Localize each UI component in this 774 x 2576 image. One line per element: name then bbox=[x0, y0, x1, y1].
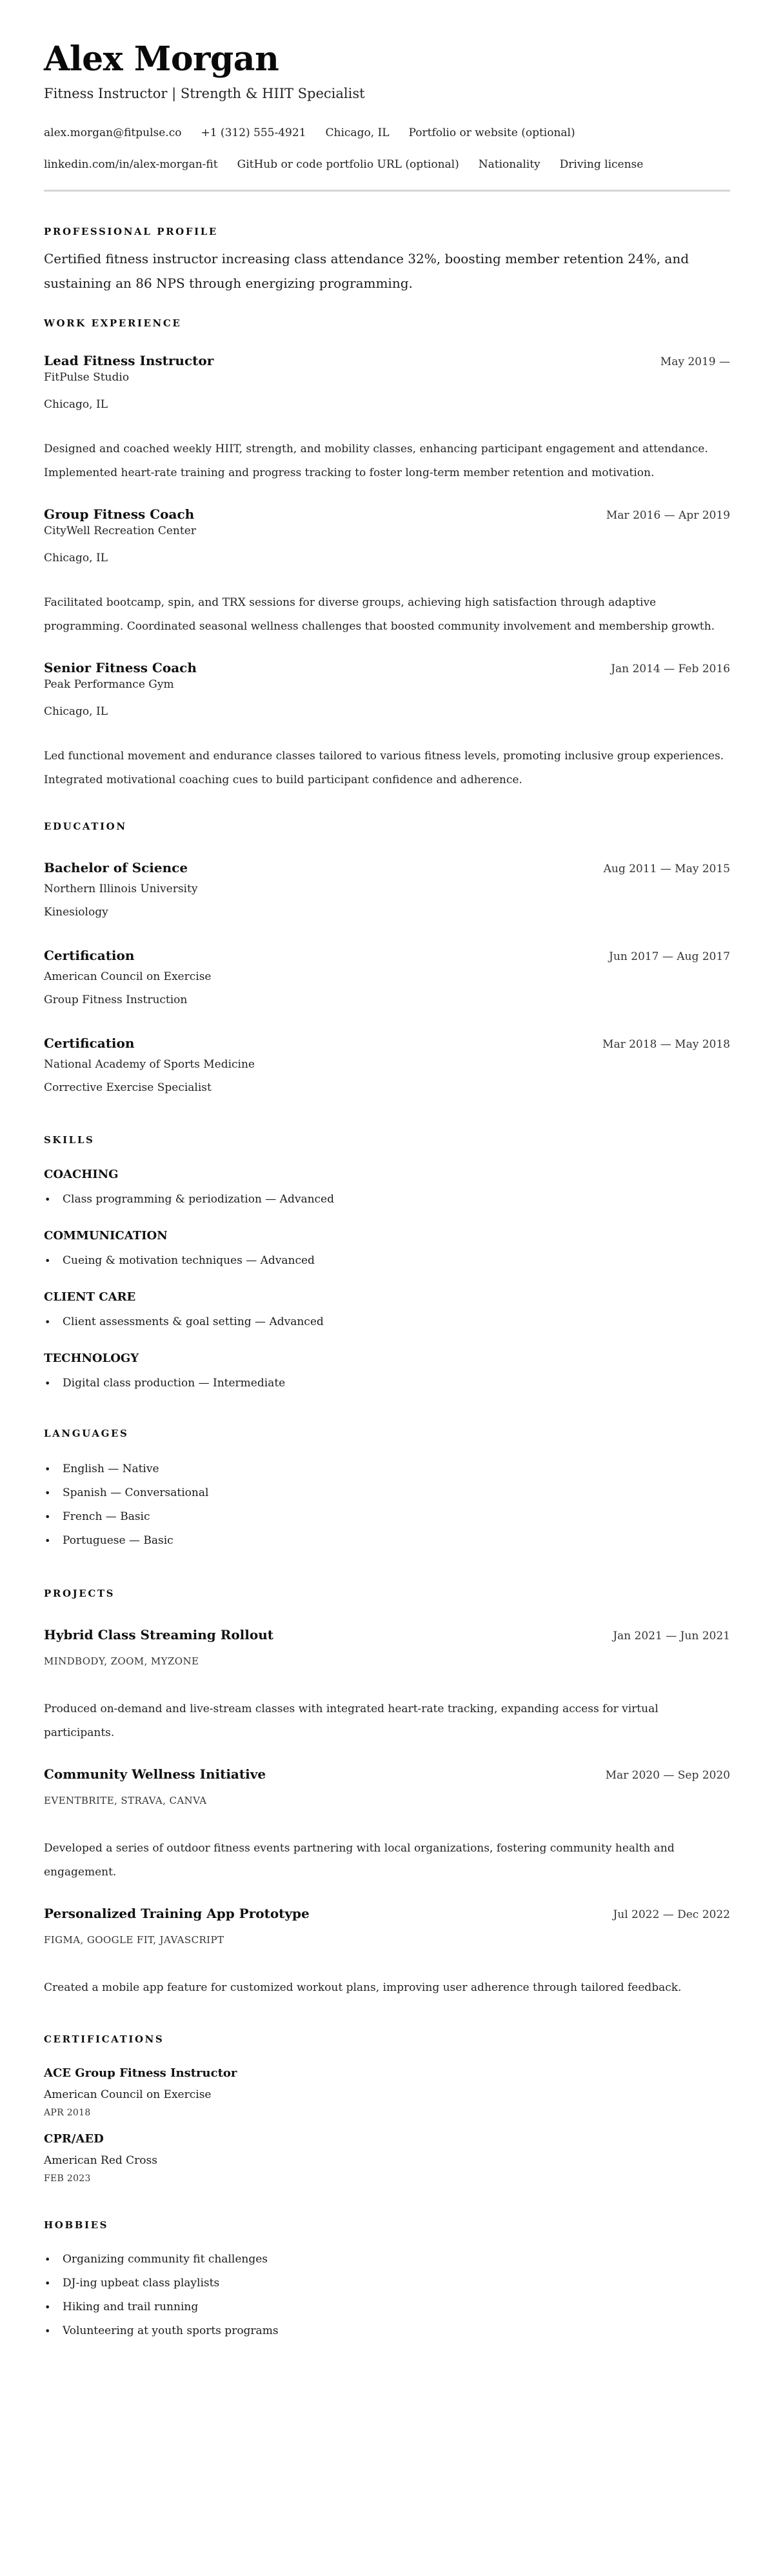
hobby-item: DJ-ing upbeat class playlists bbox=[44, 2271, 730, 2295]
contact-driving-license: Driving license bbox=[560, 149, 644, 181]
section-hobbies: Hobbies Organizing community fit challen… bbox=[44, 2218, 730, 2343]
section-title: Work Experience bbox=[44, 316, 730, 330]
skill-item: Class programming & periodization — Adva… bbox=[44, 1188, 730, 1212]
certification-issuer: American Red Cross bbox=[44, 2150, 730, 2172]
project-name: Personalized Training App Prototype bbox=[44, 1904, 310, 1923]
hobby-item: Volunteering at youth sports programs bbox=[44, 2319, 730, 2343]
education-entry: Certification Jun 2017 — Aug 2017 Americ… bbox=[44, 946, 730, 1012]
job-dates: Mar 2016 — Apr 2019 bbox=[606, 506, 730, 525]
education-dates: Aug 2011 — May 2015 bbox=[604, 859, 730, 879]
project-dates: Jan 2021 — Jun 2021 bbox=[613, 1626, 730, 1646]
certification-name: CPR/AED bbox=[44, 2130, 730, 2148]
language-item: Spanish — Conversational bbox=[44, 1481, 730, 1505]
project-name: Hybrid Class Streaming Rollout bbox=[44, 1625, 273, 1644]
institution-name: National Academy of Sports Medicine bbox=[44, 1053, 730, 1076]
section-title: Languages bbox=[44, 1426, 730, 1441]
skill-item: Client assessments & goal setting — Adva… bbox=[44, 1310, 730, 1334]
project-tech-stack: EVENTBRITE, STRAVA, CANVA bbox=[44, 1793, 730, 1808]
job-description: Designed and coached weekly HIIT, streng… bbox=[44, 437, 730, 485]
institution-name: American Council on Exercise bbox=[44, 965, 730, 988]
project-entry: Hybrid Class Streaming Rollout Jan 2021 … bbox=[44, 1625, 730, 1745]
section-title: Education bbox=[44, 819, 730, 834]
certification-entry: CPR/AED American Red Cross FEB 2023 bbox=[44, 2130, 730, 2186]
candidate-name: Alex Morgan bbox=[44, 37, 730, 81]
job-dates: May 2019 — bbox=[660, 352, 730, 372]
job-location: Chicago, IL bbox=[44, 548, 730, 568]
section-title: Certifications bbox=[44, 2032, 730, 2046]
project-dates: Jul 2022 — Dec 2022 bbox=[613, 1905, 730, 1924]
section-education: Education Bachelor of Science Aug 2011 —… bbox=[44, 819, 730, 1099]
certification-issuer: American Council on Exercise bbox=[44, 2084, 730, 2106]
section-profile: Professional Profile Certified fitness i… bbox=[44, 225, 730, 295]
skill-group: COACHING Class programming & periodizati… bbox=[44, 1166, 730, 1212]
institution-name: Northern Illinois University bbox=[44, 877, 730, 901]
candidate-headline: Fitness Instructor | Strength & HIIT Spe… bbox=[44, 84, 730, 103]
skill-group: COMMUNICATION Cueing & motivation techni… bbox=[44, 1228, 730, 1273]
field-of-study: Corrective Exercise Specialist bbox=[44, 1076, 730, 1099]
section-work-experience: Work Experience Lead Fitness Instructor … bbox=[44, 316, 730, 792]
section-title: Hobbies bbox=[44, 2218, 730, 2232]
contact-email[interactable]: alex.morgan@fitpulse.co bbox=[44, 117, 181, 149]
degree-title: Certification bbox=[44, 946, 134, 965]
job-company: FitPulse Studio bbox=[44, 368, 730, 387]
certification-date: APR 2018 bbox=[44, 2106, 730, 2120]
project-entry: Personalized Training App Prototype Jul … bbox=[44, 1904, 730, 2000]
hobby-item: Hiking and trail running bbox=[44, 2295, 730, 2319]
project-entry: Community Wellness Initiative Mar 2020 —… bbox=[44, 1764, 730, 1884]
certification-name: ACE Group Fitness Instructor bbox=[44, 2064, 730, 2082]
project-description: Created a mobile app feature for customi… bbox=[44, 1976, 730, 2000]
section-title: Skills bbox=[44, 1133, 730, 1147]
project-tech-stack: MINDBODY, ZOOM, MYZONE bbox=[44, 1653, 730, 1669]
language-item: English — Native bbox=[44, 1457, 730, 1481]
job-dates: Jan 2014 — Feb 2016 bbox=[611, 659, 730, 679]
resume-header: Alex Morgan Fitness Instructor | Strengt… bbox=[44, 37, 730, 192]
certification-date: FEB 2023 bbox=[44, 2172, 730, 2186]
contact-github[interactable]: GitHub or code portfolio URL (optional) bbox=[237, 149, 459, 181]
skill-group: CLIENT CARE Client assessments & goal se… bbox=[44, 1289, 730, 1334]
hobby-item: Organizing community fit challenges bbox=[44, 2248, 730, 2271]
language-item: French — Basic bbox=[44, 1505, 730, 1529]
section-title: Professional Profile bbox=[44, 225, 730, 239]
language-item: Portuguese — Basic bbox=[44, 1529, 730, 1553]
profile-summary: Certified fitness instructor increasing … bbox=[44, 246, 730, 295]
skill-category: COMMUNICATION bbox=[44, 1228, 730, 1244]
job-location: Chicago, IL bbox=[44, 702, 730, 721]
contact-location: Chicago, IL bbox=[326, 117, 390, 149]
job-description: Led functional movement and endurance cl… bbox=[44, 744, 730, 792]
skill-item: Digital class production — Intermediate bbox=[44, 1372, 730, 1395]
education-entry: Certification Mar 2018 — May 2018 Nation… bbox=[44, 1033, 730, 1099]
project-dates: Mar 2020 — Sep 2020 bbox=[606, 1766, 730, 1785]
contact-phone[interactable]: +1 (312) 555-4921 bbox=[201, 117, 306, 149]
contact-portfolio[interactable]: Portfolio or website (optional) bbox=[409, 117, 575, 149]
education-dates: Mar 2018 — May 2018 bbox=[602, 1035, 730, 1054]
field-of-study: Group Fitness Instruction bbox=[44, 988, 730, 1012]
job-location: Chicago, IL bbox=[44, 395, 730, 414]
section-projects: Projects Hybrid Class Streaming Rollout … bbox=[44, 1586, 730, 2000]
degree-title: Certification bbox=[44, 1033, 134, 1053]
section-certifications: Certifications ACE Group Fitness Instruc… bbox=[44, 2032, 730, 2186]
project-description: Produced on-demand and live-stream class… bbox=[44, 1697, 730, 1745]
skill-group: TECHNOLOGY Digital class production — In… bbox=[44, 1350, 730, 1395]
skill-category: COACHING bbox=[44, 1166, 730, 1183]
contact-list: alex.morgan@fitpulse.co +1 (312) 555-492… bbox=[44, 117, 730, 181]
section-title: Projects bbox=[44, 1586, 730, 1601]
skill-category: TECHNOLOGY bbox=[44, 1350, 730, 1367]
job-description: Facilitated bootcamp, spin, and TRX sess… bbox=[44, 591, 730, 639]
project-name: Community Wellness Initiative bbox=[44, 1764, 266, 1784]
skill-category: CLIENT CARE bbox=[44, 1289, 730, 1306]
work-entry: Senior Fitness Coach Jan 2014 — Feb 2016… bbox=[44, 658, 730, 792]
education-entry: Bachelor of Science Aug 2011 — May 2015 … bbox=[44, 858, 730, 924]
project-description: Developed a series of outdoor fitness ev… bbox=[44, 1837, 730, 1884]
section-languages: Languages English — Native Spanish — Con… bbox=[44, 1426, 730, 1553]
field-of-study: Kinesiology bbox=[44, 901, 730, 924]
work-entry: Lead Fitness Instructor May 2019 — FitPu… bbox=[44, 351, 730, 485]
header-divider bbox=[44, 190, 730, 192]
education-dates: Jun 2017 — Aug 2017 bbox=[609, 947, 730, 966]
skill-item: Cueing & motivation techniques — Advance… bbox=[44, 1249, 730, 1273]
contact-linkedin[interactable]: linkedin.com/in/alex-morgan-fit bbox=[44, 149, 218, 181]
resume-page: Alex Morgan Fitness Instructor | Strengt… bbox=[0, 0, 774, 2369]
contact-nationality: Nationality bbox=[479, 149, 541, 181]
work-entry: Group Fitness Coach Mar 2016 — Apr 2019 … bbox=[44, 504, 730, 639]
project-tech-stack: FIGMA, GOOGLE FIT, JAVASCRIPT bbox=[44, 1932, 730, 1948]
degree-title: Bachelor of Science bbox=[44, 858, 188, 877]
certification-entry: ACE Group Fitness Instructor American Co… bbox=[44, 2064, 730, 2120]
section-skills: Skills COACHING Class programming & peri… bbox=[44, 1133, 730, 1395]
